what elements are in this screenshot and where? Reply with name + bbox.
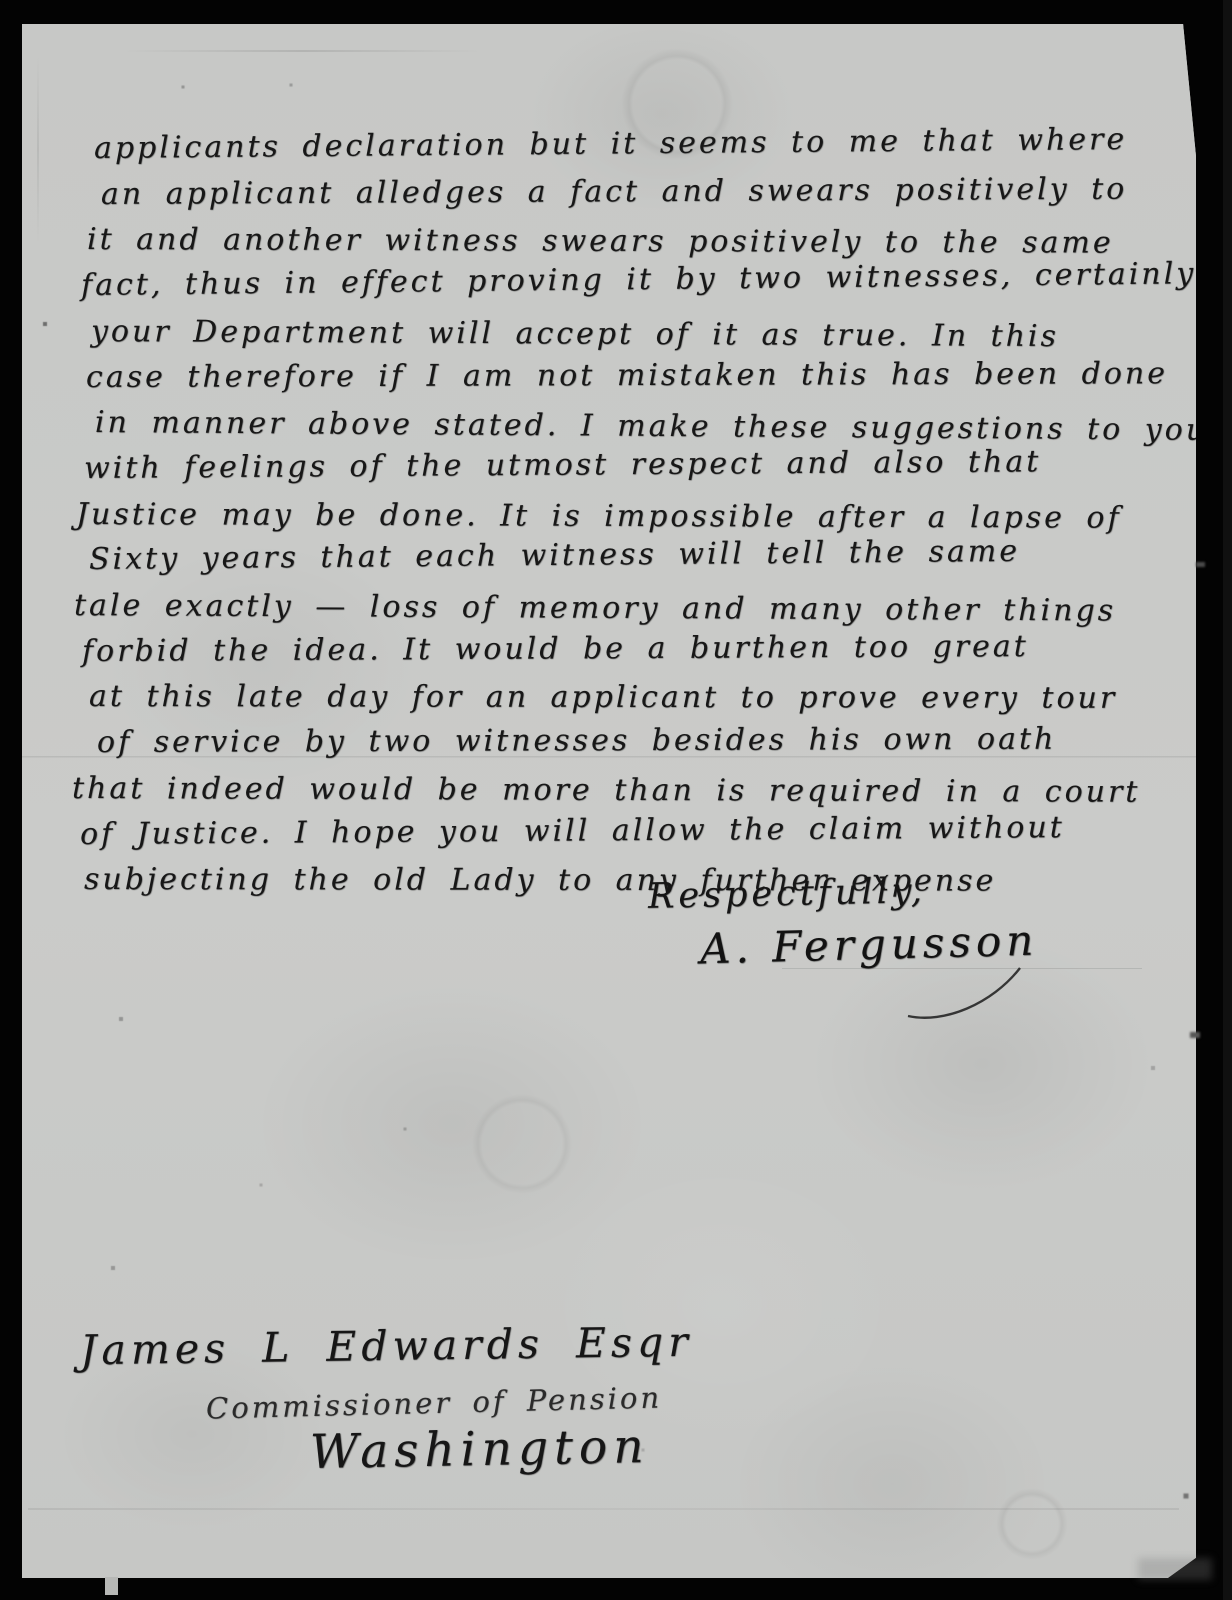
recipient-name: James L Edwards Esqr [80, 1318, 693, 1375]
letter-line: of service by two witnesses besides his … [97, 716, 1208, 766]
letter-line: at this late day for an applicant to pro… [89, 674, 1208, 722]
scan-edge-mark [1196, 562, 1205, 567]
letter-line: case therefore if I am not mistaken this… [86, 351, 1208, 401]
scan-edge-smudge [1138, 1558, 1212, 1580]
letter-line: subjecting the old Lady to any further e… [84, 857, 1208, 905]
letter-line: forbid the idea. It would be a burthen t… [82, 623, 1208, 675]
paper-edge-tab [105, 1577, 118, 1595]
letter-paper: applicants declaration but it seems to m… [22, 24, 1196, 1578]
paper-crease-bottom [28, 1508, 1179, 1510]
letter-line: an applicant alledges a fact and swears … [101, 166, 1208, 217]
signature-flourish [902, 962, 1032, 1036]
letter-line: Sixty years that each witness will tell … [89, 528, 1208, 583]
scan-edge-mark [1190, 1032, 1200, 1038]
letter-line: of Justice. I hope you will allow the cl… [80, 804, 1208, 858]
letter-line: applicants declaration but it seems to m… [94, 116, 1208, 171]
paper-crease-vertical [37, 54, 39, 244]
letter-body-text: applicants declaration but it seems to m… [86, 126, 1208, 903]
recipient-title: Commissioner of Pension [206, 1380, 663, 1425]
letter-line: with feelings of the utmost respect and … [84, 438, 1208, 492]
scanned-letter-page: applicants declaration but it seems to m… [0, 0, 1232, 1600]
paper-crease-top [122, 50, 482, 52]
valediction: Respectfully, [648, 871, 927, 917]
recipient-place: Washington [310, 1419, 650, 1480]
paper-specks [22, 24, 24, 26]
